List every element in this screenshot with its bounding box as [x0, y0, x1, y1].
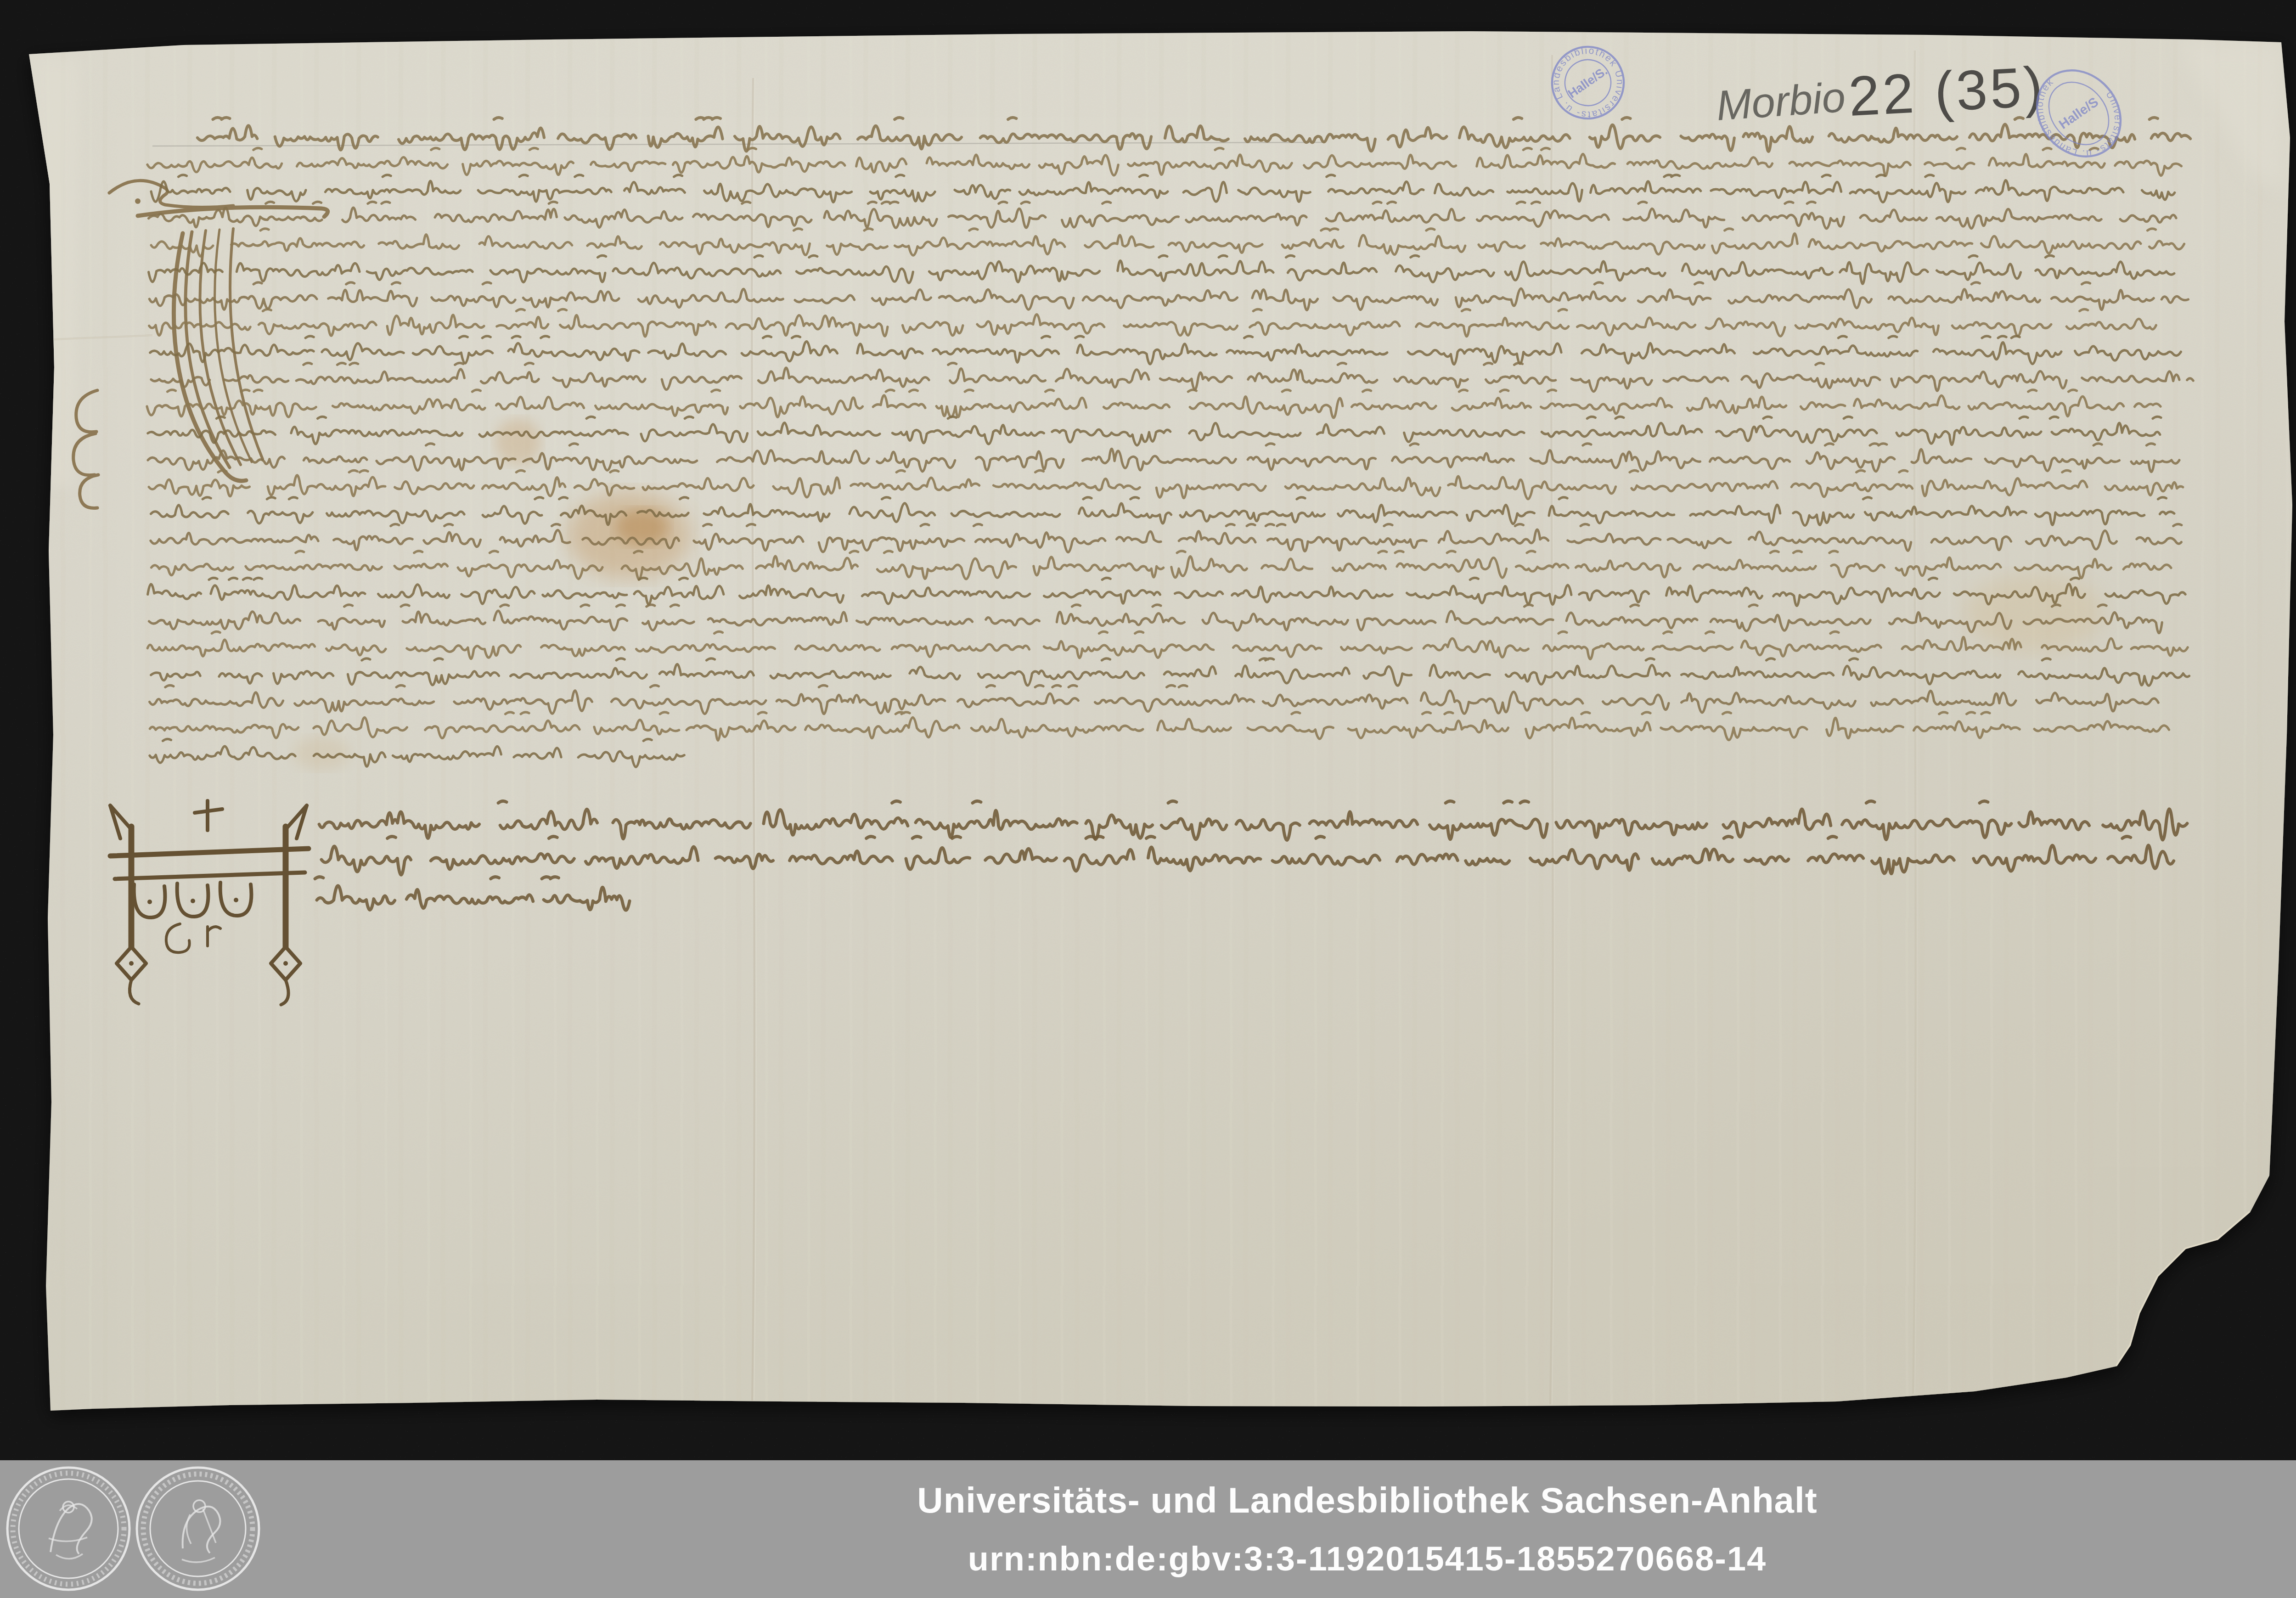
university-seal-icon [5, 1465, 132, 1592]
library-name: Universitäts- und Landesbibliothek Sachs… [917, 1480, 1817, 1521]
stain [1965, 574, 2103, 652]
parchment-sheet: Morbio 22 (35) Universitäts- u. Landesbi… [0, 0, 2296, 1598]
pencil-word: Morbio [1715, 74, 1847, 129]
university-seal-icon [134, 1465, 262, 1592]
stain [495, 419, 541, 465]
digitized-charter-page: Morbio 22 (35) Universitäts- u. Landesbi… [0, 0, 2296, 1598]
footer-bar: Universitäts- und Landesbibliothek Sachs… [0, 1460, 2296, 1598]
pencil-number: 22 (35) [1847, 55, 2047, 128]
urn-identifier: urn:nbn:de:gbv:3:3-1192015415-1855270668… [968, 1539, 1767, 1578]
parchment-texture [0, 0, 2296, 1598]
manuscript-scene: Morbio 22 (35) Universitäts- u. Landesbi… [0, 0, 2296, 1598]
